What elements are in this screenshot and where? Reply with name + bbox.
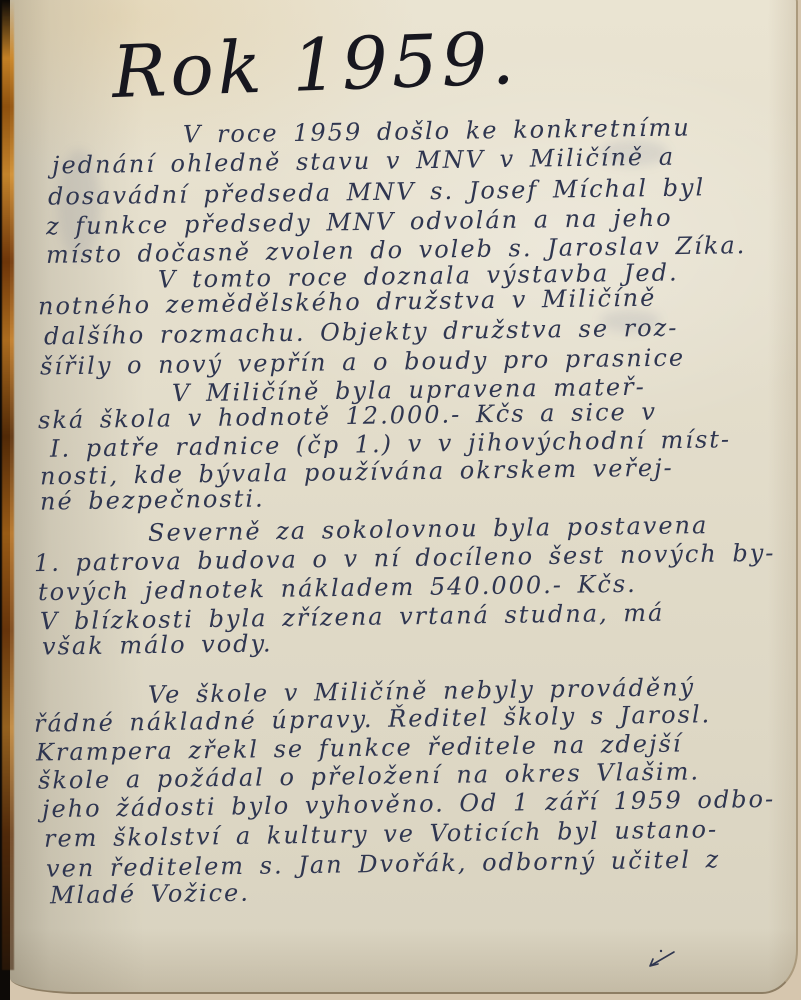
- pen-squiggle-icon: [640, 948, 680, 972]
- gilt-page-edge: [2, 0, 14, 970]
- handwritten-line: Mladé Vožice.: [50, 880, 250, 910]
- handwritten-line: né bezpečnosti.: [40, 485, 265, 516]
- book-photo: Rok 1959. V roce 1959 došlo ke konkretní…: [0, 0, 801, 1000]
- handwritten-line: však málo vody.: [42, 630, 273, 661]
- page-title: Rok 1959.: [111, 19, 520, 112]
